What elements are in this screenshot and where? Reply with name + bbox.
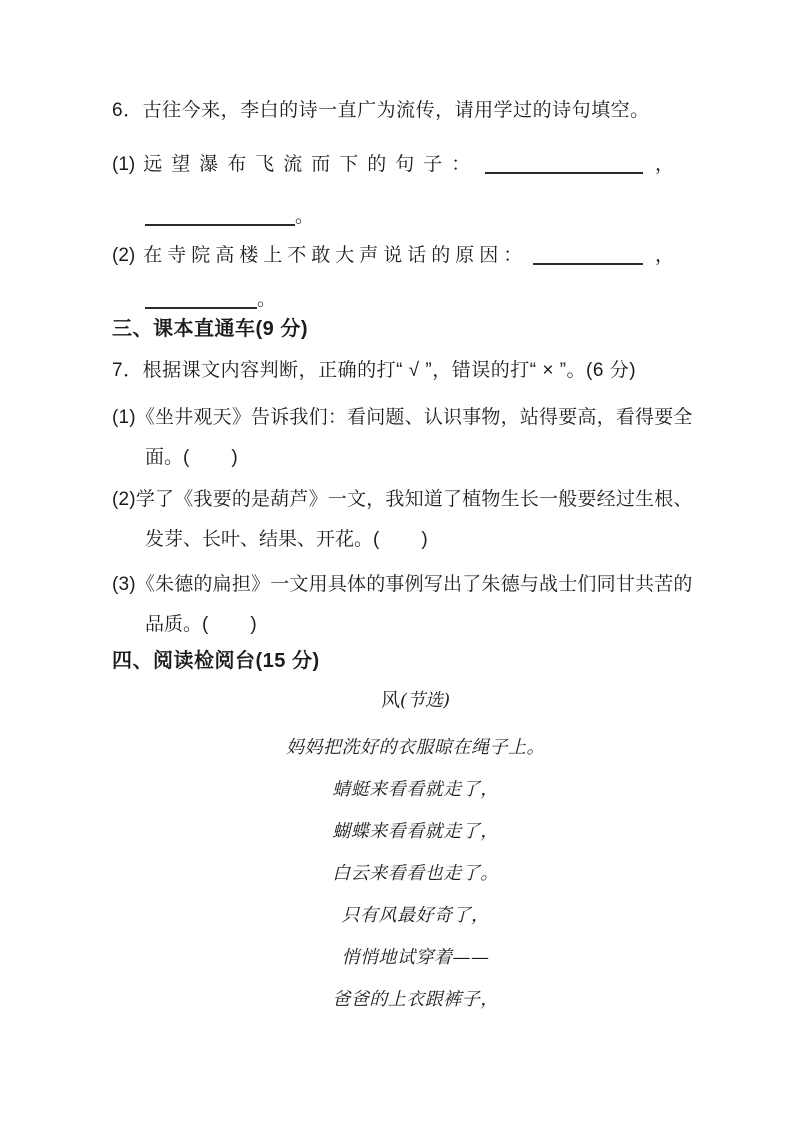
statement-text: 《朱德的扁担》一文用具体的事例写出了朱德与战士们同甘共苦的 [136,574,693,595]
item-number: (2) [112,489,136,510]
question-7-item-2: (2)学了《我要的是葫芦》一文，我知道了植物生长一般要经过生根、 发芽、长叶、结… [112,480,683,560]
item-number: (1) [112,152,135,178]
item-number: (1) [112,407,136,428]
poem-line: 蝴蝶来看看就走了， [148,811,683,853]
item-prompt: 在寺院高楼上不敢大声说话的原因： [143,243,527,269]
answer-blank-line [485,156,643,174]
trailing-period: 。 [257,287,276,313]
question-6-item-1: (1) 远望瀑布飞流而下的句子： ， [112,152,674,178]
item-number: (3) [112,574,136,595]
answer-paren-open: ( [373,529,379,550]
poem-title-subtitle: (节选) [400,690,450,711]
statement-text: 《坐井观天》告诉我们：看问题、认识事物，站得要高，看得要全 [136,407,693,428]
poem-line: 只有风最好奇了， [148,895,683,937]
answer-paren-open: ( [183,447,189,468]
reading-poem: 风(节选) 妈妈把洗好的衣服晾在绳子上。 蜻蜓来看看就走了， 蝴蝶来看看就走了，… [112,689,683,1021]
judge-statement-continuation: 面。() [145,438,683,478]
judge-statement-line: (3)《朱德的扁担》一文用具体的事例写出了朱德与战士们同甘共苦的 [112,565,683,605]
statement-text: 面。 [145,447,183,468]
question-6-item-2: (2) 在寺院高楼上不敢大声说话的原因： ， [112,243,674,269]
judge-statement-continuation: 发芽、长叶、结果、开花。() [145,520,683,560]
judge-statement-line: (2)学了《我要的是葫芦》一文，我知道了植物生长一般要经过生根、 [112,480,683,520]
question-7-item-1: (1)《坐井观天》告诉我们：看问题、认识事物，站得要高，看得要全 面。() [112,398,683,478]
answer-blank-line [145,291,257,309]
section-3-heading: 三、课本直通车(9 分) [112,315,683,343]
poem-line: 妈妈把洗好的衣服晾在绳子上。 [148,727,683,769]
trailing-comma: ， [655,243,674,269]
poem-line: 蜻蜓来看看就走了， [148,769,683,811]
judge-statement-line: (1)《坐井观天》告诉我们：看问题、认识事物，站得要高，看得要全 [112,398,683,438]
judge-statement-continuation: 品质。() [145,605,683,645]
answer-paren-close: ) [250,614,256,635]
question-7: 7．根据课文内容判断，正确的打“ √ ”，错误的打“ × ”。(6 分) (1)… [112,358,683,645]
poem-line: 悄悄地试穿着—— [148,937,683,979]
section-4-heading: 四、阅读检阅台(15 分) [112,647,683,675]
poem-body: 妈妈把洗好的衣服晾在绳子上。 蜻蜓来看看就走了， 蝴蝶来看看就走了， 白云来看看… [148,727,683,1021]
question-6: 6．古往今来，李白的诗一直广为流传，请用学过的诗句填空。 (1) 远望瀑布飞流而… [112,98,683,313]
poem-line: 爸爸的上衣跟裤子， [148,979,683,1021]
answer-paren-open: ( [202,614,208,635]
poem-title-main: 风 [381,690,400,711]
question-7-item-3: (3)《朱德的扁担》一文用具体的事例写出了朱德与战士们同甘共苦的 品质。() [112,565,683,645]
item-prompt: 远望瀑布飞流而下的句子： [143,152,479,178]
item-number: (2) [112,243,135,269]
trailing-period: 。 [295,204,314,230]
question-6-item-2-continuation: 。 [145,287,683,313]
question-7-text: 7．根据课文内容判断，正确的打“ √ ”，错误的打“ × ”。(6 分) [112,358,683,384]
statement-text: 发芽、长叶、结果、开花。 [145,529,373,550]
poem-title: 风(节选) [148,689,683,713]
answer-paren-close: ) [231,447,237,468]
answer-paren-close: ) [421,529,427,550]
question-6-text: 6．古往今来，李白的诗一直广为流传，请用学过的诗句填空。 [112,98,683,124]
poem-line: 白云来看看也走了。 [148,853,683,895]
test-paper-page: 6．古往今来，李白的诗一直广为流传，请用学过的诗句填空。 (1) 远望瀑布飞流而… [0,0,793,1122]
answer-blank-line [145,208,295,226]
statement-text: 品质。 [145,614,202,635]
statement-text: 学了《我要的是葫芦》一文，我知道了植物生长一般要经过生根、 [136,489,693,510]
answer-blank-line [533,247,643,265]
trailing-comma: ， [655,152,674,178]
question-6-item-1-continuation: 。 [145,204,683,230]
